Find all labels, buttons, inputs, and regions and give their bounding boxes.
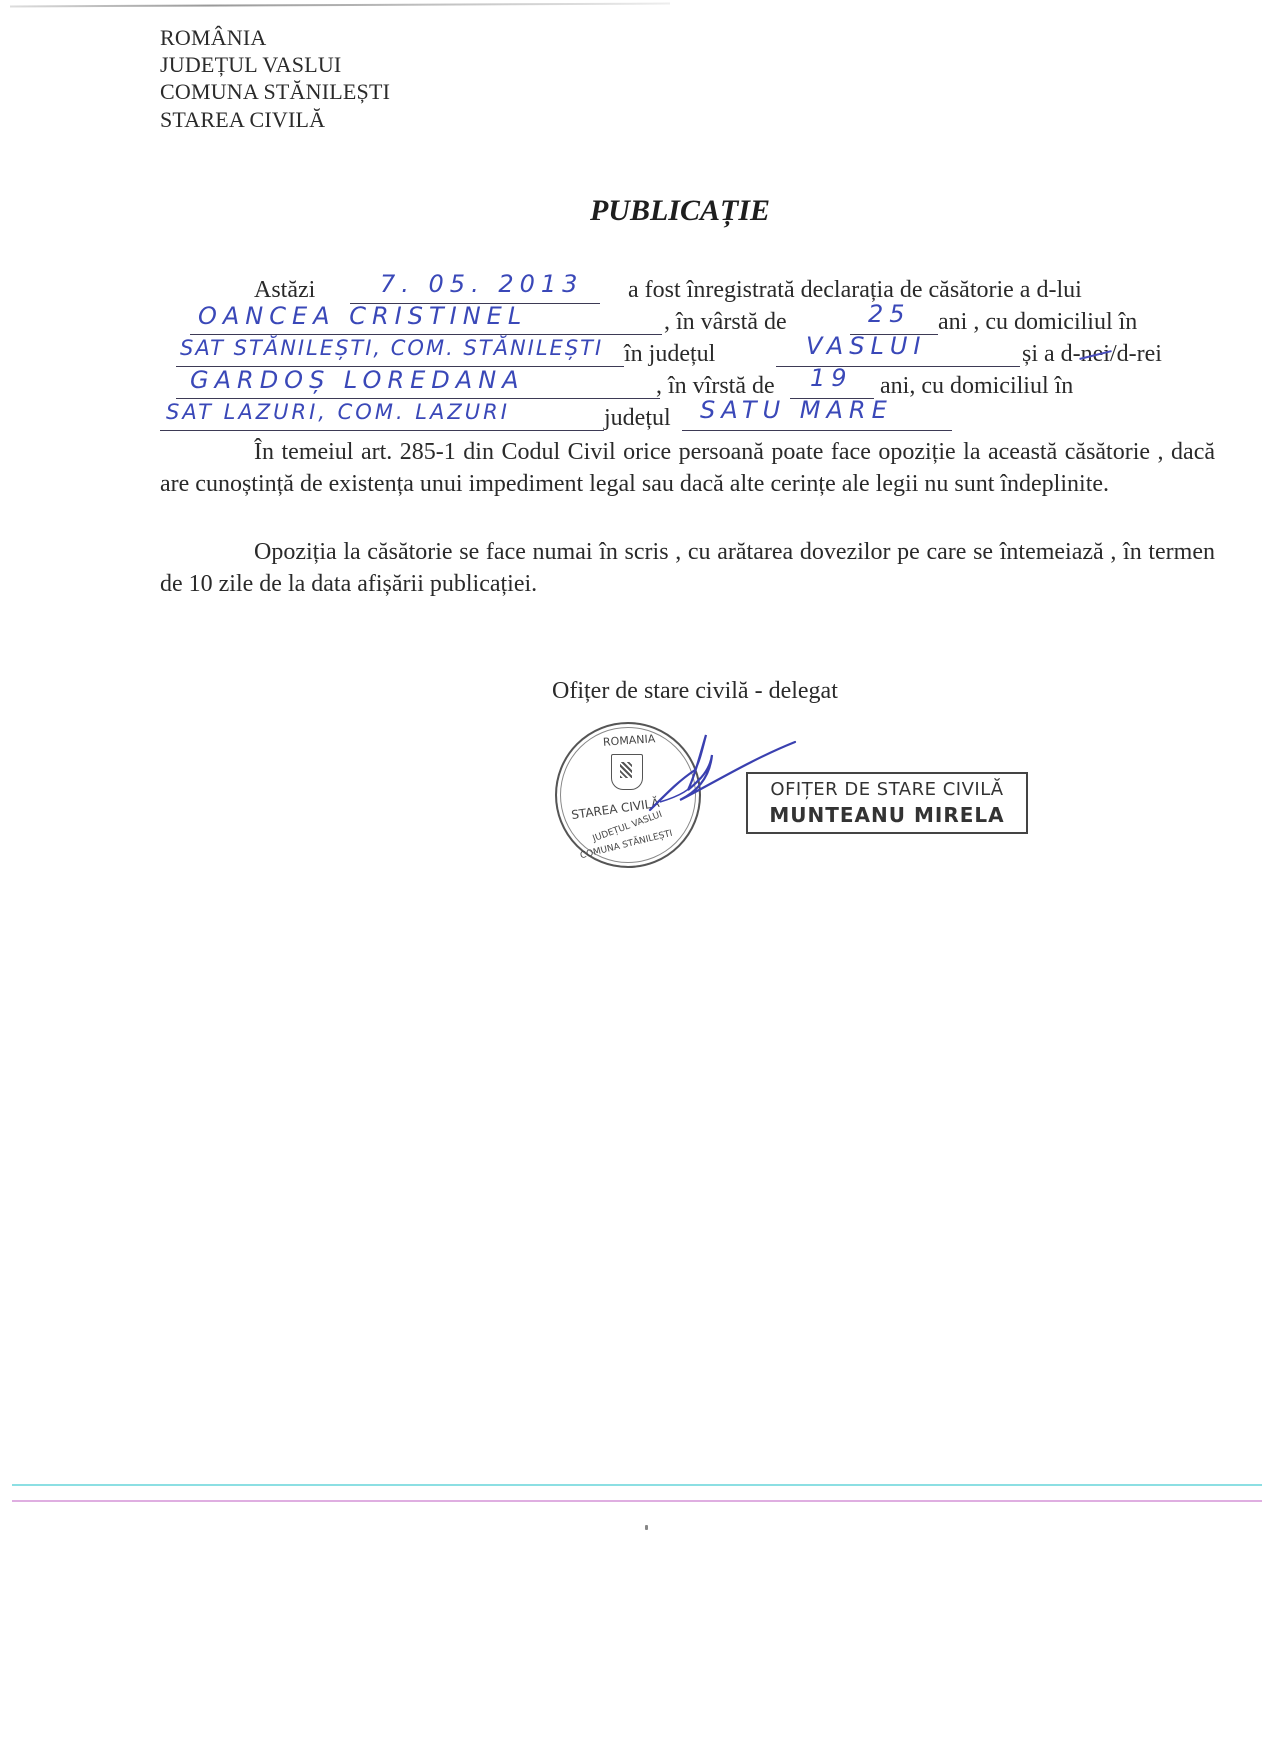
scan-speck bbox=[645, 1525, 648, 1530]
scan-edge-artifact bbox=[10, 3, 670, 8]
groom-address-value: SAT STĂNILEȘTI, COM. STĂNILEȘTI bbox=[180, 334, 603, 362]
officer-role-label: Ofițer de stare civilă - delegat bbox=[552, 676, 838, 706]
bride-connector: și a d-nei/d-rei bbox=[1022, 339, 1162, 369]
groom-age-value: 25 bbox=[868, 300, 911, 328]
groom-age-suffix: ani , cu domiciliul în bbox=[938, 307, 1137, 337]
bride-name-value: GARDOȘ LOREDANA bbox=[190, 366, 525, 394]
bride-address-value: SAT LAZURI, COM. LAZURI bbox=[166, 398, 510, 426]
officer-name-box: OFIȚER DE STARE CIVILĂ MUNTEANU MIRELA bbox=[746, 772, 1028, 834]
declaration-text: a fost înregistrată declarația de căsăto… bbox=[628, 275, 1082, 305]
connector-struck: nei bbox=[1081, 341, 1110, 367]
header-commune: COMUNA STĂNILEȘTI bbox=[160, 78, 390, 105]
bride-age-value: 19 bbox=[810, 364, 853, 392]
groom-county-label: în județul bbox=[624, 339, 715, 369]
document-title: PUBLICAȚIE bbox=[0, 194, 1275, 228]
legal-basis-paragraph: În temeiul art. 285-1 din Codul Civil or… bbox=[160, 436, 1215, 500]
connector-suffix: /d-rei bbox=[1110, 341, 1162, 367]
bride-age-suffix: ani, cu domiciliul în bbox=[880, 371, 1073, 401]
scan-rule-cyan bbox=[12, 1484, 1262, 1486]
date-value: 7. 05. 2013 bbox=[380, 270, 583, 298]
officer-title: OFIȚER DE STARE CIVILĂ bbox=[748, 777, 1026, 803]
connector-prefix: și a d- bbox=[1022, 341, 1081, 367]
header-county: JUDEȚUL VASLUI bbox=[160, 51, 341, 78]
groom-name-value: OANCEA CRISTINEL bbox=[198, 302, 527, 330]
astazi-label: Astăzi bbox=[254, 275, 315, 305]
header-office: STAREA CIVILĂ bbox=[160, 106, 325, 133]
groom-age-prefix: , în vârstă de bbox=[664, 307, 787, 337]
opposition-paragraph: Opoziția la căsătorie se face numai în s… bbox=[160, 536, 1215, 600]
officer-name: MUNTEANU MIRELA bbox=[748, 803, 1026, 827]
header-country: ROMÂNIA bbox=[160, 24, 267, 51]
coat-of-arms-icon bbox=[611, 754, 643, 790]
bride-county-label: județul bbox=[604, 403, 671, 433]
scan-rule-magenta bbox=[12, 1500, 1262, 1502]
bride-county-value: SATU MARE bbox=[700, 396, 893, 424]
groom-county-value: VASLUI bbox=[806, 332, 926, 360]
